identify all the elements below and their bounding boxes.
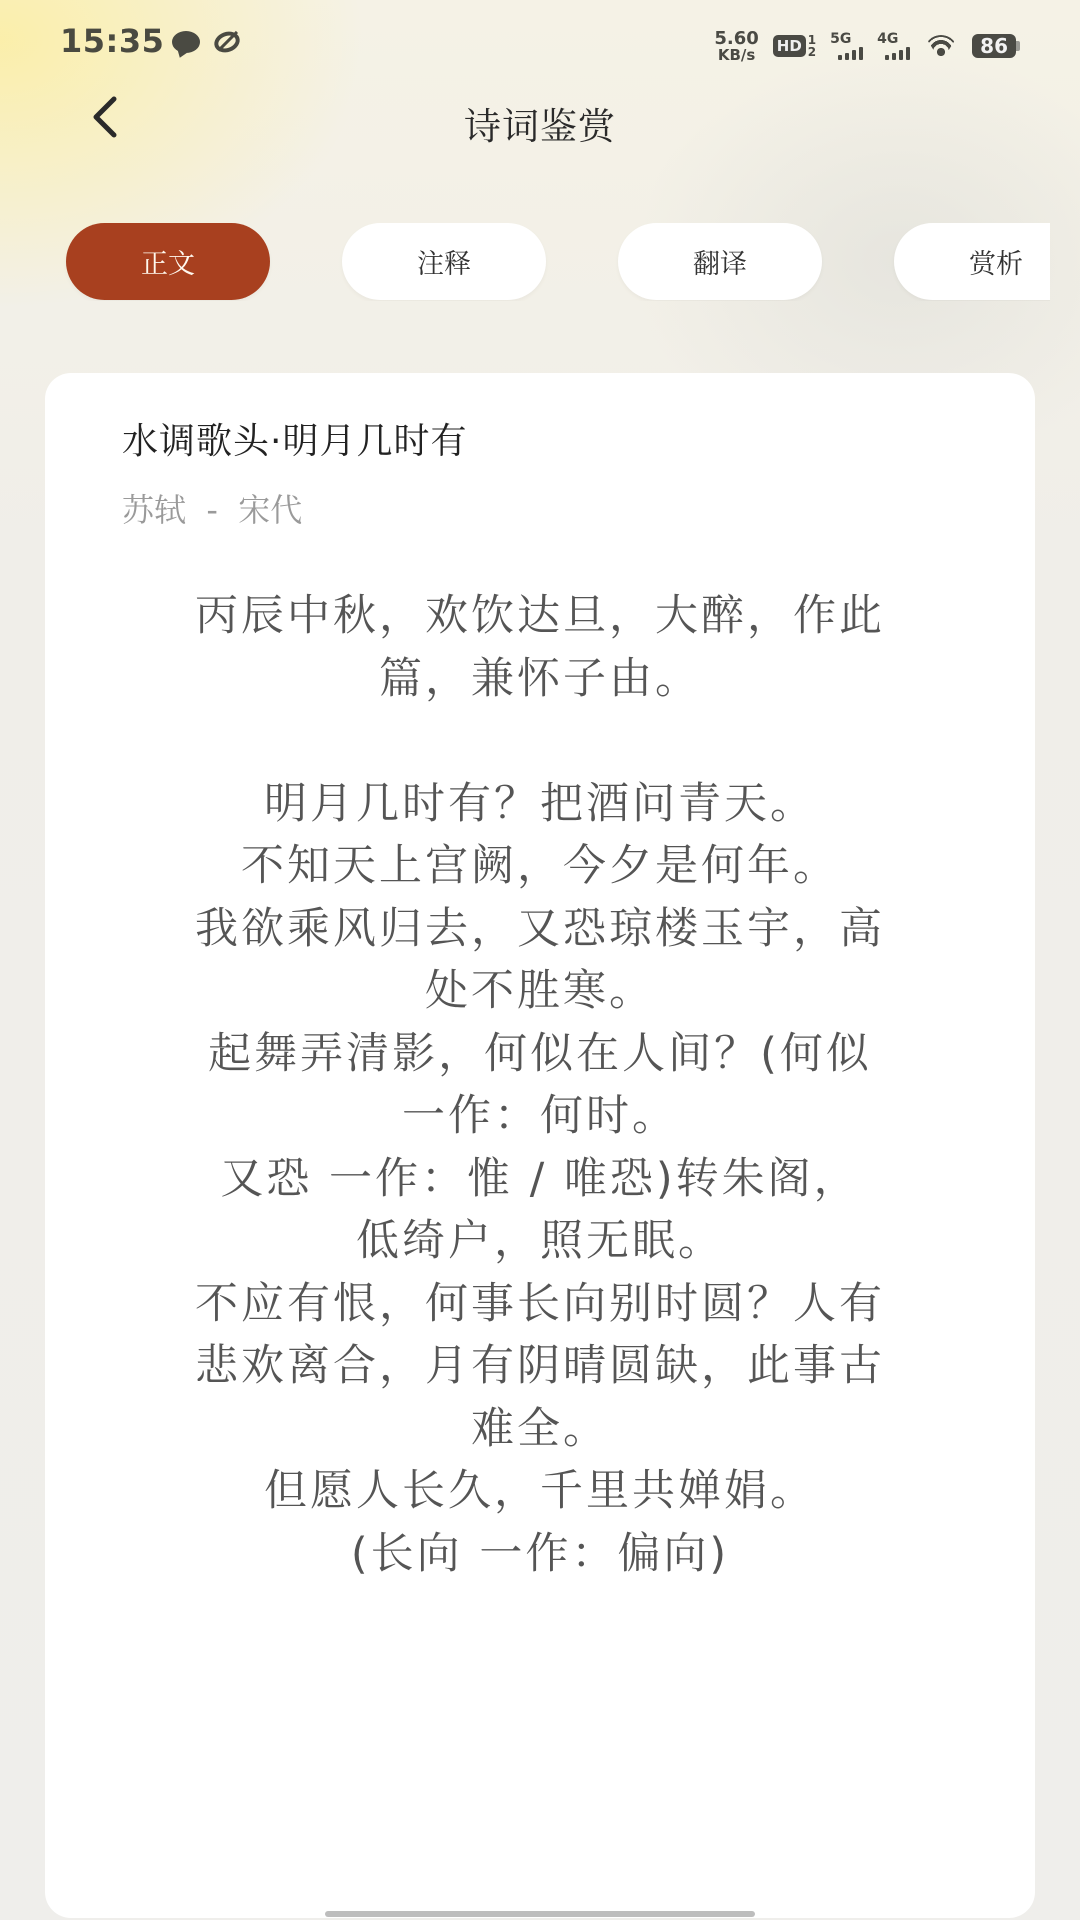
message-icon <box>172 31 200 53</box>
spacer <box>135 710 945 773</box>
signal-4g-icon: 4G <box>877 32 910 60</box>
poem-author-dynasty: 苏轼 - 宋代 <box>122 485 302 531</box>
gesture-navigation-bar[interactable] <box>325 1911 755 1917</box>
app-notification-icon <box>211 28 242 56</box>
tab-translation[interactable]: 翻译 <box>618 223 822 300</box>
tab-annotations[interactable]: 注释 <box>342 223 546 300</box>
poem-line: 低绮户，照无眠。 <box>135 1210 945 1273</box>
network-speed: 5.60 KB/s <box>714 30 758 63</box>
signal-5g-icon: 5G <box>830 32 863 60</box>
status-time: 15:35 <box>60 22 164 60</box>
app-header: 诗词鉴赏 <box>0 86 1080 150</box>
poem-card[interactable]: 水调歌头·明月几时有 苏轼 - 宋代 丙辰中秋，欢饮达旦，大醉，作此 篇，兼怀子… <box>45 373 1035 1918</box>
poem-line: 明月几时有？把酒问青天。 <box>135 773 945 836</box>
status-indicators: 5.60 KB/s HD 12 5G 4G 86 <box>714 26 1020 66</box>
poem-line: 但愿人长久，千里共婵娟。 <box>135 1460 945 1523</box>
poem-line: (长向 一作：偏向) <box>135 1523 945 1586</box>
poem-line: 难全。 <box>135 1398 945 1461</box>
poem-preface-line: 篇，兼怀子由。 <box>135 648 945 711</box>
tab-bar[interactable]: 正文 注释 翻译 赏析 <box>0 223 1050 301</box>
tab-main-text[interactable]: 正文 <box>66 223 270 300</box>
wifi-icon <box>924 33 958 59</box>
battery-icon: 86 <box>972 34 1020 58</box>
hd-voice-icon: HD 12 <box>773 34 816 58</box>
poem-line: 又恐 一作：惟 / 唯恐)转朱阁， <box>135 1148 945 1211</box>
tab-appreciation[interactable]: 赏析 <box>894 223 1050 300</box>
poem-line: 起舞弄清影，何似在人间？(何似 <box>135 1023 945 1086</box>
page-title: 诗词鉴赏 <box>0 96 1080 150</box>
poem-preface-line: 丙辰中秋，欢饮达旦，大醉，作此 <box>135 585 945 648</box>
poem-line: 我欲乘风归去，又恐琼楼玉宇，高 <box>135 898 945 961</box>
poem-title: 水调歌头·明月几时有 <box>122 413 467 464</box>
status-bar: 15:35 5.60 KB/s HD 12 5G 4G 86 <box>0 0 1080 86</box>
poem-line: 处不胜寒。 <box>135 960 945 1023</box>
poem-body: 丙辰中秋，欢饮达旦，大醉，作此 篇，兼怀子由。 明月几时有？把酒问青天。 不知天… <box>135 585 945 1585</box>
poem-line: 悲欢离合，月有阴晴圆缺，此事古 <box>135 1335 945 1398</box>
poem-line: 不应有恨，何事长向别时圆？人有 <box>135 1273 945 1336</box>
poem-line: 不知天上宫阙，今夕是何年。 <box>135 835 945 898</box>
poem-line: 一作：何时。 <box>135 1085 945 1148</box>
